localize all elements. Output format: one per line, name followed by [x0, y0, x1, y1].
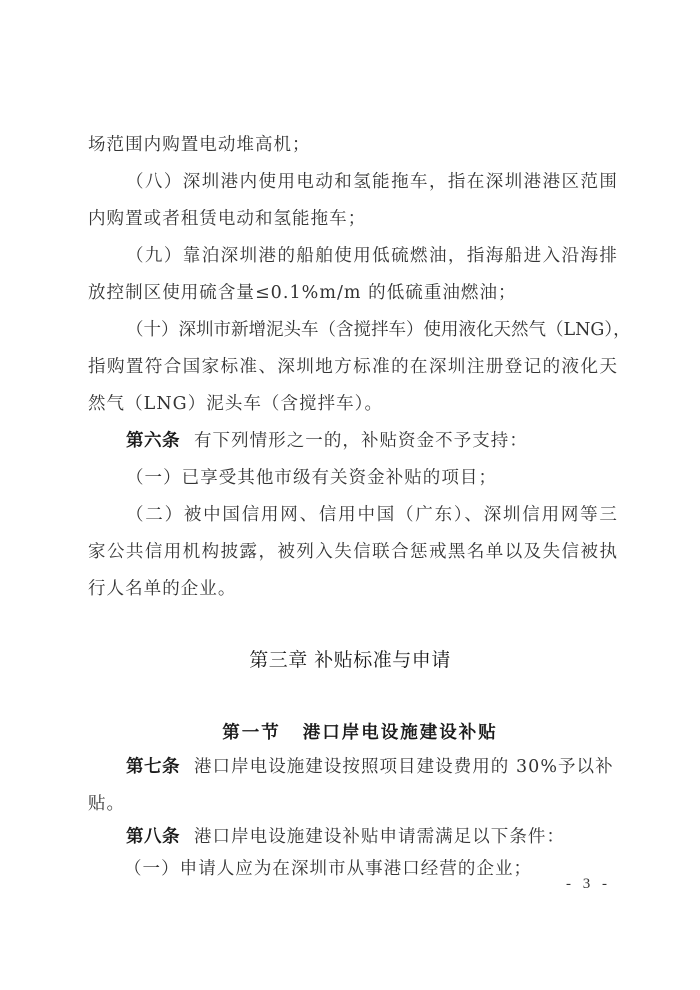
section-number: 第一节: [222, 723, 281, 743]
text-line: 然气（LNG）泥头车（含搅拌车）。: [88, 393, 618, 415]
section-name: 港口岸电设施建设补贴: [303, 723, 498, 743]
text-line: 贴。: [88, 793, 618, 815]
article-8-paragraph: 第八条港口岸电设施建设补贴申请需满足以下条件：: [126, 826, 618, 848]
article-8-text: 港口岸电设施建设补贴申请需满足以下条件：: [194, 827, 565, 847]
article-7-text: 港口岸电设施建设按照项目建设费用的 30%予以补: [194, 757, 614, 777]
article-7-label: 第七条: [126, 757, 180, 777]
text-line: 放控制区使用硫含量≤0.1%m/m 的低硫重油燃油；: [88, 282, 618, 304]
article-6-text: 有下列情形之一的，补贴资金不予支持：: [194, 431, 528, 451]
page-number: - 3 -: [566, 876, 611, 893]
section-title: 第一节港口岸电设施建设补贴: [0, 719, 700, 744]
text-line: （九）靠泊深圳港的船舶使用低硫燃油，指海船进入沿海排: [126, 245, 618, 267]
text-line: 家公共信用机构披露，被列入失信联合惩戒黑名单以及失信被执: [88, 541, 618, 563]
article-8-label: 第八条: [126, 827, 180, 847]
document-page: 场范围内购置电动堆高机； （八）深圳港内使用电动和氢能拖车，指在深圳港港区范围 …: [0, 0, 700, 990]
article-6-paragraph: 第六条有下列情形之一的，补贴资金不予支持：: [126, 430, 618, 452]
text-line: （八）深圳港内使用电动和氢能拖车，指在深圳港港区范围: [126, 171, 618, 193]
text-line: 内购置或者租赁电动和氢能拖车；: [88, 208, 618, 230]
text-line: 指购置符合国家标准、深圳地方标准的在深圳注册登记的液化天: [88, 356, 618, 378]
article-6-label: 第六条: [126, 431, 180, 451]
text-line: 行人名单的企业。: [88, 578, 618, 600]
text-line: （一）已享受其他市级有关资金补贴的项目；: [126, 467, 618, 489]
text-line: （二）被中国信用网、信用中国（广东）、深圳信用网等三: [126, 504, 618, 526]
text-line: 场范围内购置电动堆高机；: [88, 134, 618, 156]
text-line: （十）深圳市新增泥头车（含搅拌车）使用液化天然气（LNG），: [126, 319, 618, 341]
article-7-paragraph: 第七条港口岸电设施建设按照项目建设费用的 30%予以补: [126, 756, 618, 778]
chapter-title: 第三章 补贴标准与申请: [0, 645, 700, 672]
